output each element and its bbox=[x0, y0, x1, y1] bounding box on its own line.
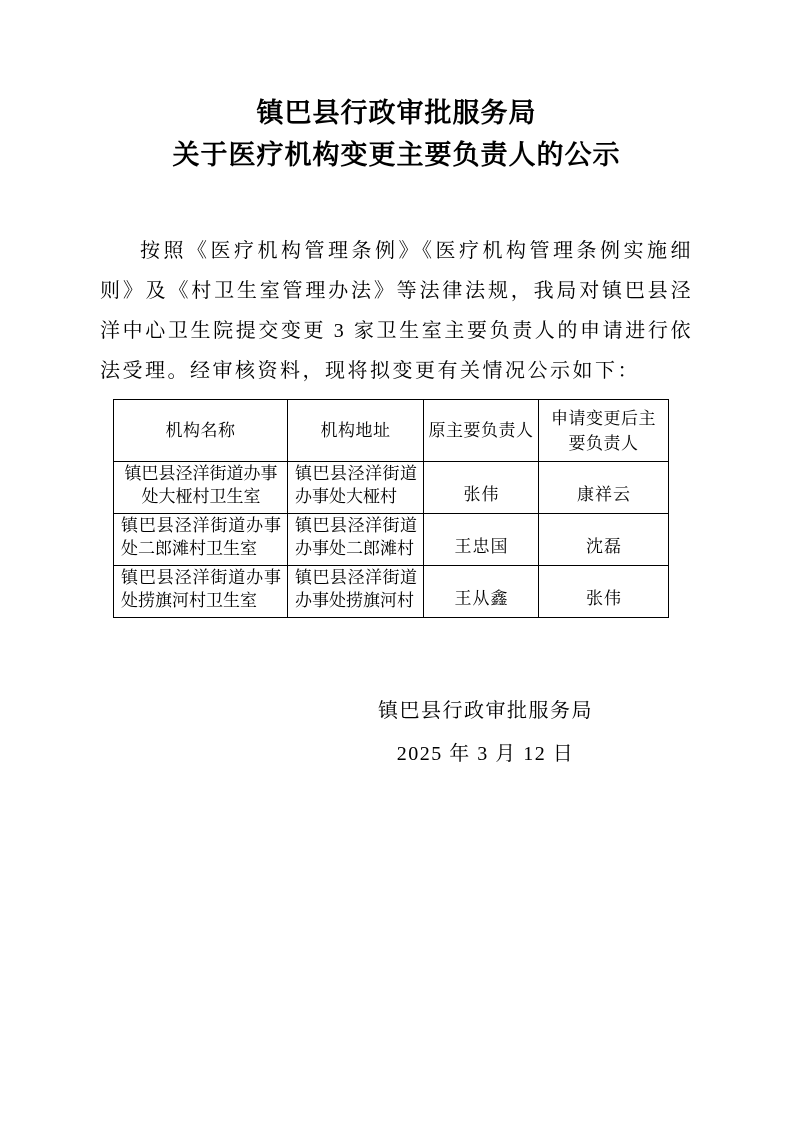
cell-former-head: 王忠国 bbox=[424, 514, 539, 566]
signature-block: 镇巴县行政审批服务局 2025 年 3 月 12 日 bbox=[378, 690, 593, 776]
cell-new-head: 康祥云 bbox=[539, 462, 669, 514]
col-header-former-head: 原主要负责人 bbox=[424, 400, 539, 462]
table-row: 镇巴县泾洋街道办事处捞旗河村卫生室 镇巴县泾洋街道办事处捞旗河村 王从鑫 张伟 bbox=[114, 566, 669, 618]
cell-institution-address: 镇巴县泾洋街道办事处二郎滩村 bbox=[288, 514, 424, 566]
cell-new-head: 沈磊 bbox=[539, 514, 669, 566]
col-header-institution-address: 机构地址 bbox=[288, 400, 424, 462]
signature-date: 2025 年 3 月 12 日 bbox=[378, 733, 593, 776]
document-title: 镇巴县行政审批服务局 关于医疗机构变更主要负责人的公示 bbox=[0, 92, 793, 176]
document-page: 镇巴县行政审批服务局 关于医疗机构变更主要负责人的公示 按照《医疗机构管理条例》… bbox=[0, 0, 793, 1122]
col-header-new-head: 申请变更后主要负责人 bbox=[539, 400, 669, 462]
cell-former-head: 张伟 bbox=[424, 462, 539, 514]
table-row: 镇巴县泾洋街道办事处大桠村卫生室 镇巴县泾洋街道办事处大桠村 张伟 康祥云 bbox=[114, 462, 669, 514]
cell-institution-address: 镇巴县泾洋街道办事处捞旗河村 bbox=[288, 566, 424, 618]
table-row: 镇巴县泾洋街道办事处二郎滩村卫生室 镇巴县泾洋街道办事处二郎滩村 王忠国 沈磊 bbox=[114, 514, 669, 566]
signature-org: 镇巴县行政审批服务局 bbox=[378, 690, 593, 733]
title-line-2: 关于医疗机构变更主要负责人的公示 bbox=[0, 134, 793, 176]
table-body: 镇巴县泾洋街道办事处大桠村卫生室 镇巴县泾洋街道办事处大桠村 张伟 康祥云 镇巴… bbox=[114, 462, 669, 618]
title-line-1: 镇巴县行政审批服务局 bbox=[0, 92, 793, 134]
body-paragraph: 按照《医疗机构管理条例》《医疗机构管理条例实施细则》及《村卫生室管理办法》等法律… bbox=[100, 231, 693, 391]
cell-institution-name: 镇巴县泾洋街道办事处二郎滩村卫生室 bbox=[114, 514, 288, 566]
col-header-institution-name: 机构名称 bbox=[114, 400, 288, 462]
cell-former-head: 王从鑫 bbox=[424, 566, 539, 618]
table-header-row: 机构名称 机构地址 原主要负责人 申请变更后主要负责人 bbox=[114, 400, 669, 462]
cell-institution-address: 镇巴县泾洋街道办事处大桠村 bbox=[288, 462, 424, 514]
cell-new-head: 张伟 bbox=[539, 566, 669, 618]
table-header: 机构名称 机构地址 原主要负责人 申请变更后主要负责人 bbox=[114, 400, 669, 462]
cell-institution-name: 镇巴县泾洋街道办事处捞旗河村卫生室 bbox=[114, 566, 288, 618]
cell-institution-name: 镇巴县泾洋街道办事处大桠村卫生室 bbox=[114, 462, 288, 514]
change-announcement-table: 机构名称 机构地址 原主要负责人 申请变更后主要负责人 镇巴县泾洋街道办事处大桠… bbox=[113, 399, 669, 618]
